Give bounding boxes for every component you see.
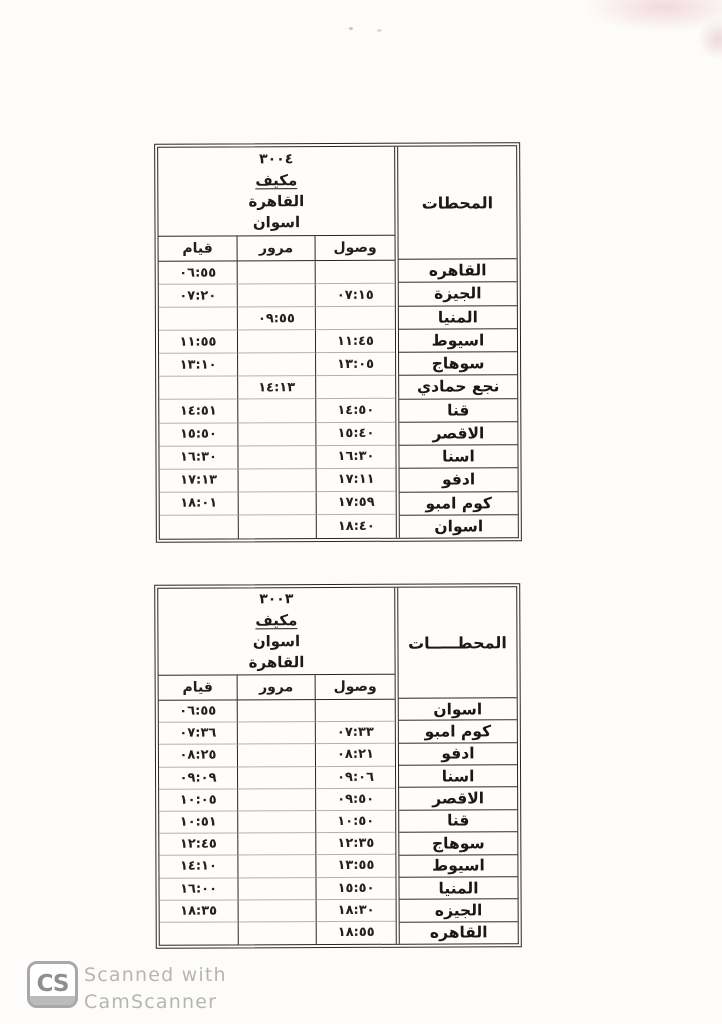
departure-time: [159, 377, 237, 400]
departure-time: ١٤:٥١: [159, 400, 237, 423]
departure-time: [159, 308, 237, 331]
arrival-time: [315, 261, 395, 284]
arrival-time: ١١:٤٥: [315, 330, 395, 353]
passing-time: ٠٩:٥٥: [237, 307, 315, 330]
departure-time: ١٠:٠٥: [159, 789, 237, 812]
time-column-headers: قيام مرور وصول: [159, 235, 395, 261]
passing-time: ١٤:١٣: [237, 376, 315, 399]
column-header-passing: مرور: [237, 675, 315, 699]
station-name: اسنا: [399, 765, 517, 788]
route-destination: القاهرة: [249, 652, 305, 673]
watermark-line2: CamScanner: [84, 989, 227, 1016]
timetable-train-3003: ٣٠٠٣ مكيف اسوان القاهرة قيام مرور وصول ٠…: [154, 583, 522, 949]
column-header-arrival: وصول: [315, 236, 395, 260]
arrival-time: ١٠:٥٠: [315, 811, 395, 834]
time-row: ٠٩:٥٥: [159, 307, 395, 331]
arrival-time: ١٥:٥٠: [315, 877, 395, 900]
stations-panel: المحطات القاهره الجيزة المنيا اسيوط سوها…: [397, 146, 518, 538]
time-row: ١٠:٠٥ ٠٩:٥٠: [159, 789, 395, 812]
departure-time: ١٦:٠٠: [159, 878, 237, 901]
arrival-time: ٠٩:٠٦: [315, 766, 395, 789]
departure-time: ١٢:٤٥: [159, 834, 237, 857]
departure-time: ١٨:٠١: [160, 492, 238, 515]
timetable-inner-border: ٣٠٠٣ مكيف اسوان القاهرة قيام مرور وصول ٠…: [157, 586, 519, 946]
station-name: ادفو: [400, 468, 518, 492]
scan-artifact-speck: [377, 29, 382, 32]
arrival-time: ١٦:٣٠: [315, 445, 395, 468]
time-row: ٠٦:٥٥: [159, 700, 395, 723]
route-destination: اسوان: [253, 212, 300, 233]
departure-time: ١٤:١٠: [159, 856, 237, 879]
passing-time: [238, 492, 316, 515]
arrival-time: [315, 700, 395, 723]
camscanner-logo-text: CS: [37, 973, 69, 996]
arrival-time: [315, 376, 395, 399]
stations-panel: المحطـــــات اسوان كوم امبو ادفو اسنا ال…: [397, 587, 518, 944]
departure-time: ٠٧:٣٦: [159, 723, 237, 746]
time-row: ١٦:٠٠ ١٥:٥٠: [159, 877, 395, 900]
arrival-time: [315, 307, 395, 330]
time-rows: ٠٦:٥٥ ٠٧:٣٦ ٠٧:٣٣ ٠٨:٢٥: [159, 699, 396, 945]
departure-time: ٠٧:٢٠: [159, 285, 237, 308]
arrival-time: ١٧:٥٩: [316, 492, 396, 515]
station-rows: القاهره الجيزة المنيا اسيوط سوهاج نجع حم…: [399, 259, 518, 538]
time-row: ١١:٥٥ ١١:٤٥: [159, 330, 395, 354]
scanned-document-page: ٣٠٠٤ مكيف القاهرة اسوان قيام مرور وصول ٠…: [0, 0, 722, 1024]
passing-time: [237, 767, 315, 790]
station-name: المنيا: [399, 877, 517, 900]
timetable-train-3004: ٣٠٠٤ مكيف القاهرة اسوان قيام مرور وصول ٠…: [154, 142, 522, 543]
station-name: قنا: [399, 810, 517, 833]
station-name: قنا: [399, 399, 517, 423]
departure-time: ١٥:٥٠: [159, 423, 237, 446]
station-name: نجع حمادي: [399, 375, 517, 399]
station-name: اسيوط: [399, 855, 517, 878]
passing-time: [237, 353, 315, 376]
time-row: ٠٧:٣٦ ٠٧:٣٣: [159, 722, 395, 745]
arrival-time: ٠٧:١٥: [315, 284, 395, 307]
departure-time: ٠٦:٥٥: [159, 261, 237, 284]
arrival-time: ٠٧:٣٣: [315, 722, 395, 745]
arrival-time: ٠٩:٥٠: [315, 789, 395, 812]
station-name: كوم امبو: [399, 721, 517, 744]
stations-header: المحطات: [398, 146, 516, 260]
time-column-headers: قيام مرور وصول: [159, 674, 395, 700]
train-type-label: مكيف: [255, 610, 297, 631]
station-name: اسوان: [400, 515, 518, 538]
departure-time: ١٨:٣٥: [160, 900, 238, 923]
station-name: سوهاج: [399, 352, 517, 376]
camscanner-watermark: Scanned with CamScanner: [84, 962, 227, 1016]
arrival-time: ١٨:٥٥: [316, 922, 396, 945]
time-row: ١٠:٥١ ١٠:٥٠: [159, 811, 395, 834]
timetable-inner-border: ٣٠٠٤ مكيف القاهرة اسوان قيام مرور وصول ٠…: [157, 145, 519, 540]
station-name: القاهره: [399, 259, 517, 283]
passing-time: [237, 722, 315, 745]
time-row: ١٨:٣٥ ١٨:٣٠: [160, 899, 396, 922]
times-panel: ٣٠٠٤ مكيف القاهرة اسوان قيام مرور وصول ٠…: [158, 147, 397, 539]
departure-time: ١٠:٥١: [159, 811, 237, 834]
camscanner-logo-icon: CS: [27, 961, 78, 1008]
passing-time: [237, 700, 315, 723]
camscanner-logo-strip: [30, 996, 75, 1005]
arrival-time: ١٨:٤٠: [316, 515, 396, 538]
time-row: ١٨:٥٥: [160, 922, 396, 945]
passing-time: [238, 469, 316, 492]
passing-time: [237, 400, 315, 423]
train-type-label: مكيف: [255, 170, 297, 191]
time-rows: ٠٦:٥٥ ٠٧:٢٠ ٠٧:١٥ ٠٩:٥٥: [159, 260, 396, 539]
passing-time: [237, 855, 315, 878]
route-origin: اسوان: [253, 631, 300, 652]
station-name: القاهره: [400, 922, 518, 944]
arrival-time: ١٨:٣٠: [316, 899, 396, 922]
departure-time: ٠٩:٠٩: [159, 767, 237, 790]
time-row: ١٣:١٠ ١٣:٠٥: [159, 353, 395, 377]
departure-time: ١٦:٣٠: [159, 446, 237, 469]
departure-time: ١٣:١٠: [159, 354, 237, 377]
time-row: ٠٩:٠٩ ٠٩:٠٦: [159, 766, 395, 789]
station-name: اسوان: [399, 698, 517, 721]
time-row: ١٧:١٣ ١٧:١١: [160, 468, 396, 492]
time-row: ١٨:٠١ ١٧:٥٩: [160, 492, 396, 516]
passing-time: [237, 878, 315, 901]
stations-header: المحطـــــات: [398, 587, 516, 699]
arrival-time: ١٥:٤٠: [315, 422, 395, 445]
time-row: ١٤:١٣: [159, 376, 395, 400]
time-row: ٠٧:٢٠ ٠٧:١٥: [159, 284, 395, 308]
station-name: ادفو: [399, 743, 517, 766]
station-name: اسيوط: [399, 329, 517, 353]
departure-time: [160, 515, 238, 538]
station-name: اسنا: [399, 445, 517, 469]
station-name: كوم امبو: [400, 492, 518, 516]
station-name: المنيا: [399, 306, 517, 330]
passing-time: [237, 833, 315, 856]
time-row: ١٥:٥٠ ١٥:٤٠: [159, 422, 395, 446]
arrival-time: ١٣:٠٥: [315, 353, 395, 376]
train-number: ٣٠٠٣: [259, 589, 293, 610]
route-origin: القاهرة: [248, 191, 304, 212]
passing-time: [237, 284, 315, 307]
time-row: ١٤:٥١ ١٤:٥٠: [159, 399, 395, 423]
arrival-time: ١٢:٣٥: [315, 833, 395, 856]
departure-time: ٠٦:٥٥: [159, 700, 237, 723]
time-row: ١٢:٤٥ ١٢:٣٥: [159, 833, 395, 856]
departure-time: ٠٨:٢٥: [159, 745, 237, 768]
watermark-line1: Scanned with: [84, 962, 227, 989]
arrival-time: ١٤:٥٠: [315, 399, 395, 422]
passing-time: [237, 811, 315, 834]
station-name: سوهاج: [399, 832, 517, 855]
train-info-header: ٣٠٠٤ مكيف القاهرة اسوان: [158, 147, 394, 236]
column-header-passing: مرور: [237, 236, 315, 260]
station-name: الاقصر: [399, 788, 517, 811]
passing-time: [238, 515, 316, 538]
departure-time: [160, 922, 238, 945]
passing-time: [237, 789, 315, 812]
time-row: ١٤:١٠ ١٣:٥٥: [159, 855, 395, 878]
time-row: ١٨:٤٠: [160, 515, 396, 539]
station-rows: اسوان كوم امبو ادفو اسنا الاقصر قنا سوها…: [399, 698, 518, 944]
column-header-arrival: وصول: [315, 675, 395, 699]
scan-artifact-speck: [349, 27, 353, 30]
times-panel: ٣٠٠٣ مكيف اسوان القاهرة قيام مرور وصول ٠…: [158, 588, 397, 945]
arrival-time: ١٣:٥٥: [315, 855, 395, 878]
passing-time: [237, 744, 315, 767]
station-name: الاقصر: [399, 422, 517, 446]
passing-time: [237, 330, 315, 353]
station-name: الجيزه: [400, 899, 518, 922]
passing-time: [237, 423, 315, 446]
passing-time: [237, 261, 315, 284]
time-row: ٠٨:٢٥ ٠٨:٢١: [159, 744, 395, 767]
passing-time: [238, 900, 316, 923]
departure-time: ١٧:١٣: [160, 469, 238, 492]
column-header-departure: قيام: [159, 675, 237, 699]
column-header-departure: قيام: [159, 236, 237, 260]
time-row: ٠٦:٥٥: [159, 261, 395, 285]
arrival-time: ١٧:١١: [316, 468, 396, 491]
arrival-time: ٠٨:٢١: [315, 744, 395, 767]
train-number: ٣٠٠٤: [259, 149, 293, 170]
train-info-header: ٣٠٠٣ مكيف اسوان القاهرة: [158, 588, 394, 675]
departure-time: ١١:٥٥: [159, 331, 237, 354]
time-row: ١٦:٣٠ ١٦:٣٠: [159, 445, 395, 469]
passing-time: [237, 446, 315, 469]
passing-time: [238, 922, 316, 945]
station-name: الجيزة: [399, 282, 517, 306]
